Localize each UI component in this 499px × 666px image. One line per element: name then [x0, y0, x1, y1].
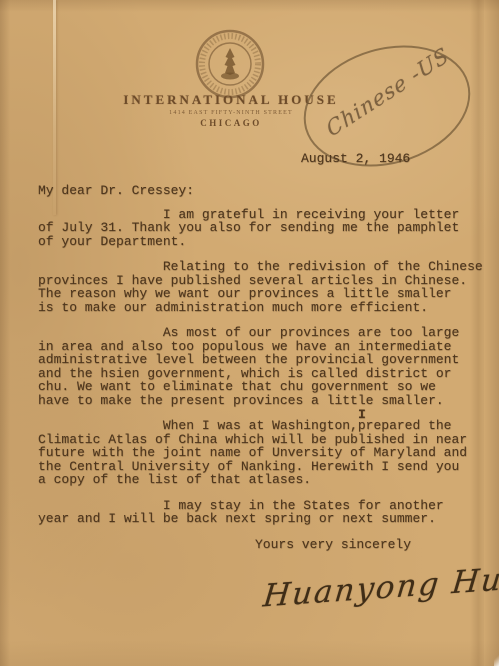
letter-date: August 2, 1946: [301, 152, 410, 166]
signature: Huanyong Hu: [261, 561, 499, 614]
typed-correction: I: [358, 408, 366, 422]
paper-corner: [494, 652, 499, 666]
paragraph-2: Relating to the redivision of the Chines…: [38, 260, 484, 314]
closing-line: Yours very sincerely: [255, 538, 484, 552]
paragraph-4-text: When I was at Washington,prepared the Cl…: [38, 418, 467, 487]
paragraph-4: I When I was at Washington,prepared the …: [38, 419, 484, 487]
letter-body: My dear Dr. Cressey: I am grateful in re…: [38, 184, 484, 551]
paragraph-5: I may stay in the States for another yea…: [38, 499, 484, 526]
letter-photo: { "colors": { "paper": "#d2aa72", "typew…: [0, 0, 499, 666]
university-seal-icon: [194, 28, 266, 100]
salutation: My dear Dr. Cressey:: [38, 184, 484, 198]
paragraph-3: As most of our provinces are too large i…: [38, 326, 484, 407]
paragraph-1: I am grateful in receiving your letter o…: [38, 208, 484, 249]
